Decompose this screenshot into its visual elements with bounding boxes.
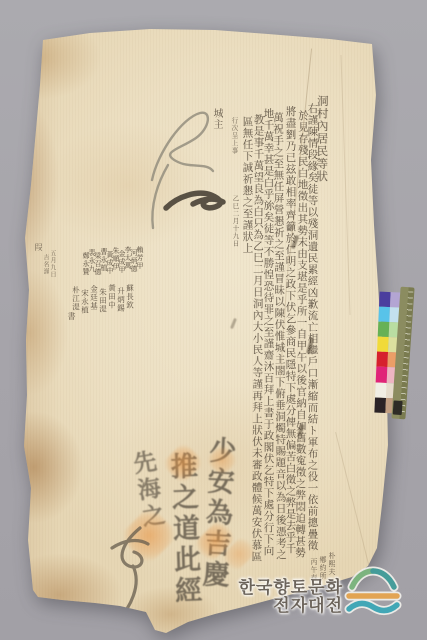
color-patch: [379, 292, 390, 308]
signatory-name: 鄭永贊: [82, 252, 89, 276]
margin-note-b: 五月九日: [49, 250, 55, 278]
salutation-note: 行次呈上事: [230, 117, 237, 155]
archival-photo: 洞村內居民等狀 右謹陳情段緣矣徒等以殘洞遺民累經凶歉流亡相繼戶口漸縮而結ト軍布之…: [0, 0, 427, 640]
paper-crease: [335, 432, 370, 568]
margin-note-c: 吉名謹: [42, 254, 48, 275]
signatory-name: 宋永植: [81, 289, 89, 315]
signatory-name: 朴江湜: [72, 286, 80, 312]
color-patch: [376, 352, 387, 368]
encyclopedia-logo-icon: [344, 566, 402, 618]
ink-brush-mark: [166, 193, 223, 208]
pencil-flourish-mark: [152, 113, 213, 228]
signatory-name: 朱田湜: [99, 288, 107, 314]
watermark-line1: 한국향토문화: [238, 579, 343, 597]
salutation: 城主: [211, 108, 221, 130]
color-patch: [378, 322, 389, 338]
color-patch: [374, 397, 385, 413]
body-column-7: 區無任下誠祈懇之至謹狀上: [241, 116, 252, 254]
signatory-name: 升炳錫: [117, 287, 125, 313]
color-patch: [375, 382, 386, 398]
color-patch: [377, 337, 388, 353]
document-paper: 洞村內居民等狀 右謹陳情段緣矣徒等以殘洞遺民累經凶歉流亡相繼戶口漸縮而結ト軍布之…: [0, 0, 427, 640]
signatory-name: 黃田中: [108, 284, 116, 310]
color-chart-row: [378, 307, 400, 323]
paper-crease: [340, 55, 350, 315]
paper-shadow-wrap: 洞村內居民等狀 右謹陳情段緣矣徒等以殘洞遺民累經凶歉流亡相繼戶口漸縮而結ト軍布之…: [0, 0, 427, 640]
color-chart-row: [378, 322, 400, 338]
date-note: 乙巳二月十九日: [231, 195, 238, 248]
watermark-title: 한국향토문화 전자대전: [238, 579, 343, 615]
bottom-note: 朴熙夫: [328, 552, 335, 576]
bottom-note: 鄕約所: [319, 556, 326, 580]
scribe-mark: 書: [67, 312, 75, 321]
ruler-end-block: [393, 400, 403, 415]
margin-note-a: 叚: [34, 243, 42, 252]
ink-smear: [230, 318, 237, 329]
watermark-line2: 전자대전: [238, 597, 343, 615]
color-patch: [376, 367, 387, 383]
color-patch: [378, 307, 389, 323]
signatory-name: 金廷基: [90, 285, 98, 311]
color-chart-row: [379, 292, 401, 308]
signatory-name: 蘇長欽: [126, 284, 134, 310]
